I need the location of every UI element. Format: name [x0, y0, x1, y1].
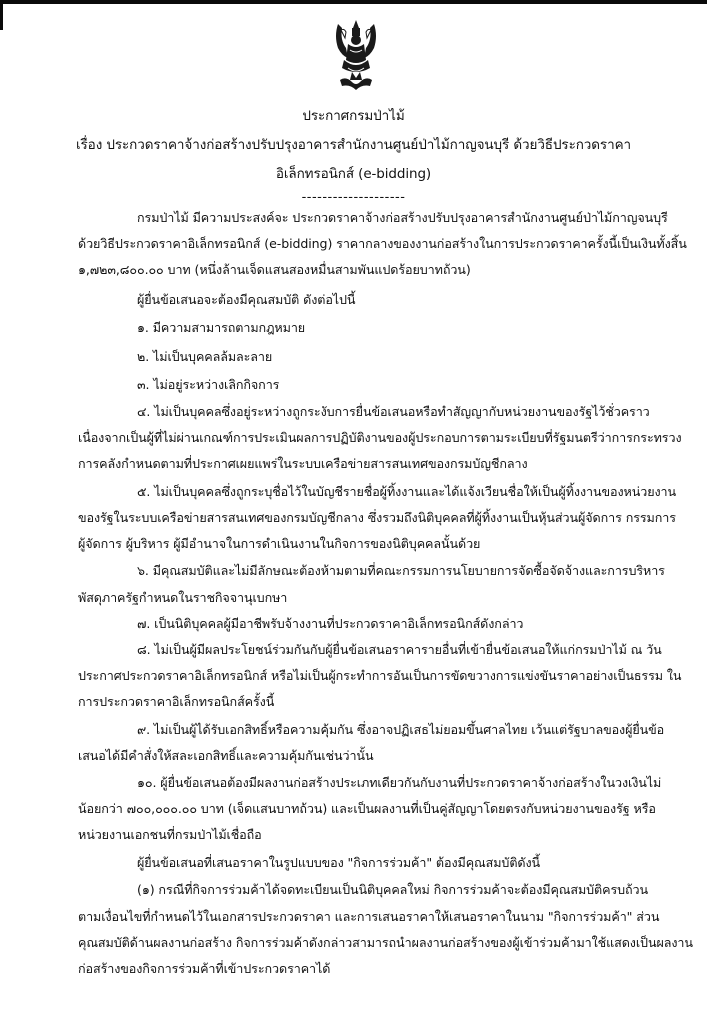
title-divider: -------------------- — [0, 190, 707, 206]
qualification-item-9-line-1: ๙. ไม่เป็นผู้ได้รับเอกสิทธิ์หรือความคุ้ม… — [137, 722, 664, 738]
garuda-emblem-icon — [332, 18, 380, 92]
subject-line-1: เรื่อง ประกวดราคาจ้างก่อสร้างปรับปรุงอาค… — [0, 137, 707, 153]
qualification-item-5-line-2: ของรัฐในระบบเครือข่ายสารสนเทศของกรมบัญชี… — [78, 510, 676, 526]
qualification-item-5-line-3: ผู้จัดการ ผู้บริหาร ผู้มีอำนาจในการดำเนิ… — [78, 536, 480, 552]
subject-line-2: อิเล็กทรอนิกส์ (e-bidding) — [0, 166, 707, 182]
qualification-item-6-line-2: พัสดุภาครัฐกำหนดในราชกิจจานุเบกษา — [78, 590, 287, 606]
qualification-item-8-line-3: การประกวดราคาอิเล็กทรอนิกส์ครั้งนี้ — [78, 694, 274, 710]
joint-venture-clause-1-line-2: ตามเงื่อนไขที่กำหนดไว้ในเอกสารประกวดราคา… — [78, 909, 659, 925]
qualification-item-9-line-2: เสนอได้มีคำสั่งให้สละเอกสิทธิ์และความคุ้… — [78, 748, 373, 764]
qualification-item-10-line-1: ๑๐. ผู้ยื่นข้อเสนอต้องมีผลงานก่อสร้างประ… — [137, 775, 661, 791]
qualification-item-8-line-1: ๘. ไม่เป็นผู้มีผลประโยชน์ร่วมกันกับผู้ยื… — [137, 642, 662, 658]
qualification-item-10-line-3: หน่วยงานเอกชนที่กรมป่าไม้เชื่อถือ — [78, 827, 262, 843]
joint-venture-clause-1-line-3: คุณสมบัติด้านผลงานก่อสร้าง กิจการร่วมค้า… — [78, 935, 693, 951]
qualifications-heading: ผู้ยื่นข้อเสนอจะต้องมีคุณสมบัติ ดังต่อไป… — [137, 292, 355, 308]
qualification-item-4-line-3: การคลังกำหนดตามที่ประกาศเผยแพร่ในระบบเคร… — [78, 456, 528, 472]
joint-venture-clause-1-line-4: ก่อสร้างของกิจการร่วมค้าที่เข้าประกวดราค… — [78, 961, 330, 977]
qualification-item-2: ๒. ไม่เป็นบุคคลล้มละลาย — [137, 349, 272, 365]
intro-line-2: ด้วยวิธีประกวดราคาอิเล็กทรอนิกส์ (e-bidd… — [78, 236, 687, 252]
qualification-item-1: ๑. มีความสามารถตามกฎหมาย — [137, 320, 305, 336]
qualification-item-4-line-1: ๔. ไม่เป็นบุคคลซึ่งอยู่ระหว่างถูกระงับกา… — [137, 404, 650, 420]
joint-venture-heading: ผู้ยื่นข้อเสนอที่เสนอราคาในรูปแบบของ "กิ… — [137, 855, 540, 871]
intro-line-1: กรมป่าไม้ มีความประสงค์จะ ประกวดราคาจ้าง… — [137, 210, 668, 226]
qualification-item-7: ๗. เป็นนิติบุคคลผู้มีอาชีพรับจ้างงานที่ป… — [137, 616, 523, 632]
document-title: ประกาศกรมป่าไม้ — [0, 108, 707, 124]
intro-line-3-amount: ๑,๗๒๓,๘๐๐.๐๐ บาท (หนึ่งล้านเจ็ดแสนสองหมื… — [78, 262, 471, 278]
qualification-item-8-line-2: ประกาศประกวดราคาอิเล็กทรอนิกส์ หรือไม่เป… — [78, 668, 681, 684]
qualification-item-10-line-2: น้อยกว่า ๗๐๐,๐๐๐.๐๐ บาท (เจ็ดแสนบาทถ้วน)… — [78, 801, 656, 817]
qualification-item-6-line-1: ๖. มีคุณสมบัติและไม่มีลักษณะต้องห้ามตามท… — [137, 563, 665, 579]
qualification-item-4-line-2: เนื่องจากเป็นผู้ที่ไม่ผ่านเกณฑ์การประเมิ… — [78, 430, 682, 446]
qualification-item-3: ๓. ไม่อยู่ระหว่างเลิกกิจการ — [137, 377, 279, 393]
document-page: ประกาศกรมป่าไม้ เรื่อง ประกวดราคาจ้างก่อ… — [0, 0, 707, 1024]
qualification-item-5-line-1: ๕. ไม่เป็นบุคคลซึ่งถูกระบุชื่อไว้ในบัญชี… — [137, 484, 676, 500]
joint-venture-clause-1-line-1: (๑) กรณีที่กิจการร่วมค้าได้จดทะเบียนเป็น… — [137, 882, 648, 898]
